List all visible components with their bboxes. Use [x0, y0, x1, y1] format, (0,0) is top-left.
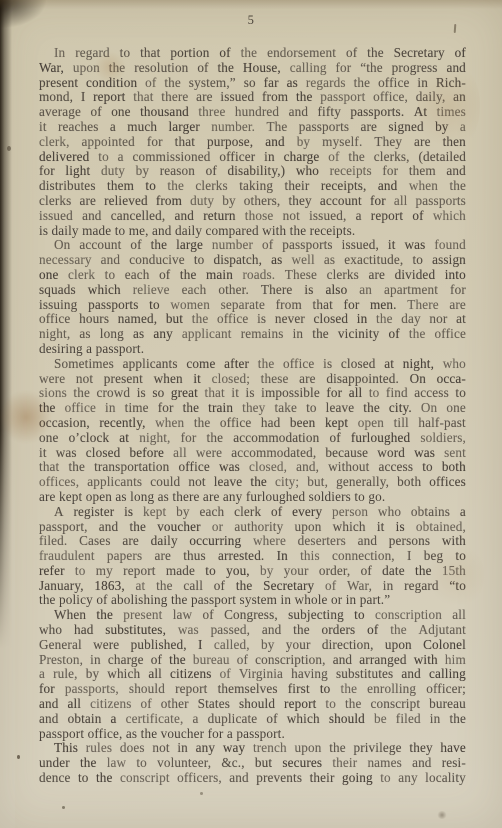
- text-line: filed.Casesaredailyoccurringwheredeserte…: [39, 534, 466, 549]
- top-edge-shadow: [0, 0, 502, 9]
- text-line: sionsthecrowdissogreatthatitisimpossible…: [39, 386, 466, 401]
- text-line: clerk,appointedforthatpurpose,andbymysel…: [39, 135, 466, 150]
- text-line: passport office, as the voucher for a pa…: [39, 727, 466, 742]
- text-line: offices,applicantscouldnotleavethecity;b…: [39, 475, 466, 490]
- text-line: averageofonethousandthreehundredandfifty…: [39, 105, 466, 120]
- text-line: distributesthemtotheclerkstakingtheirrec…: [39, 179, 466, 194]
- speck: [62, 806, 65, 809]
- paragraph: WhenthepresentlawofCongress,subjectingto…: [39, 608, 466, 741]
- text-line: forpassports,shouldreportthemselvesfirst…: [39, 682, 466, 697]
- text-line: is daily made to me, and daily compared …: [39, 224, 466, 239]
- speck: [437, 811, 447, 819]
- text-line: Thisrulesdoesnotinanywaytrenchuponthepri…: [39, 741, 466, 756]
- ink-mark: [454, 24, 457, 33]
- text-line: itreachesamuchlargernumber.Thepassportsa…: [39, 120, 466, 135]
- text-line: Generalwerepublished,Icalled,byyourdirec…: [39, 638, 466, 653]
- text-line: officehoursnamed,buttheofficeisneverclos…: [39, 312, 466, 327]
- page-gutter-fade: [0, 430, 15, 828]
- text-line: January,1863,atthecalloftheSecretaryofWa…: [39, 579, 466, 594]
- paragraph: Sometimesapplicantscomeaftertheofficeisc…: [39, 357, 466, 505]
- text-line: deliveredtoacommissionedofficerinchargeo…: [39, 150, 466, 165]
- text-line: itwasclosedbeforeallwereaccommodated,bec…: [39, 446, 466, 461]
- speck: [17, 755, 20, 759]
- paragraph: Inregardtothatportionoftheendorsementoft…: [39, 46, 466, 238]
- text-line: issuedandcancelled,andreturnthosenotissu…: [39, 209, 466, 224]
- text-line: refertomyreportmadetoyou,byyourorder,ofd…: [39, 564, 466, 579]
- text-line: Aregisteriskeptbyeachclerkofeverypersonw…: [39, 505, 466, 520]
- document-page: 5 Inregardtothatportionoftheendorsemento…: [0, 0, 502, 828]
- text-line: forlightdutybyreasonofdisability,)whorec…: [39, 164, 466, 179]
- text-line: necessaryandconducivetodispatch,aswellas…: [39, 253, 466, 268]
- text-line: desiring a passport.: [39, 342, 466, 357]
- text-line: Preston,inchargeofthebureauofconscriptio…: [39, 653, 466, 668]
- text-line: Inregardtothatportionoftheendorsementoft…: [39, 46, 466, 61]
- text-line: fraudulentpapersarethusarrested.Inthisco…: [39, 549, 466, 564]
- text-line: dencetotheconscriptofficers,andpreventst…: [39, 771, 466, 786]
- text-line: Sometimesapplicantscomeaftertheofficeisc…: [39, 357, 466, 372]
- text-line: occasion,recently,whentheofficehadbeenke…: [39, 416, 466, 431]
- text-line: the policy of abolishing the passport sy…: [39, 593, 466, 608]
- text-line: issuingpassportstowomenseparatefromthatf…: [39, 298, 466, 313]
- text-line: squadswhichrelieveeachother.Thereisalsoa…: [39, 283, 466, 298]
- text-line: arule,bywhichallcitizensofVirginiahaving…: [39, 667, 466, 682]
- text-line: andallcitizensofotherStatesshouldreportt…: [39, 697, 466, 712]
- paragraph: Aregisteriskeptbyeachclerkofeverypersonw…: [39, 505, 466, 609]
- paragraph: Onaccountofthelargenumberofpassportsissu…: [39, 238, 466, 356]
- text-line: night,aslongasanyapplicantremainsinthevi…: [39, 327, 466, 342]
- text-line: underthelawtovolunteer,&c.,butsecuresthe…: [39, 756, 466, 771]
- page-number: 5: [0, 13, 502, 28]
- text-line: oneo’clockatnight,fortheaccommodationoff…: [39, 431, 466, 446]
- text-line: War,upontheresolutionoftheHouse,callingf…: [39, 61, 466, 76]
- text-line: passport,andthevoucherorauthorityuponwhi…: [39, 520, 466, 535]
- text-block: Inregardtothatportionoftheendorsementoft…: [39, 46, 466, 786]
- text-line: andobtainacertificate,aduplicateofwhichs…: [39, 712, 466, 727]
- text-line: presentconditionofthesystem,”sofarasrega…: [39, 76, 466, 91]
- text-line: whohadsubstitutes,waspassed,andtheorders…: [39, 623, 466, 638]
- text-line: werenotpresentwhenitclosed;thesearedisap…: [39, 372, 466, 387]
- paragraph: Thisrulesdoesnotinanywaytrenchuponthepri…: [39, 741, 466, 785]
- text-line: thatthetransportationofficewasclosed,and…: [39, 460, 466, 475]
- text-line: clerksarerelievedfromdutybyothers,theyac…: [39, 194, 466, 209]
- speck: [200, 792, 203, 795]
- text-line: Onaccountofthelargenumberofpassportsissu…: [39, 238, 466, 253]
- text-line: are kept open as long as there are any f…: [39, 490, 466, 505]
- text-line: WhenthepresentlawofCongress,subjectingto…: [39, 608, 466, 623]
- text-line: oneclerktoeachofthemainroads.Theseclerks…: [39, 268, 466, 283]
- text-line: mond,Ireportthatthereareissuedfromthepas…: [39, 90, 466, 105]
- text-line: theofficeintimeforthetraintheytaketoleav…: [39, 401, 466, 416]
